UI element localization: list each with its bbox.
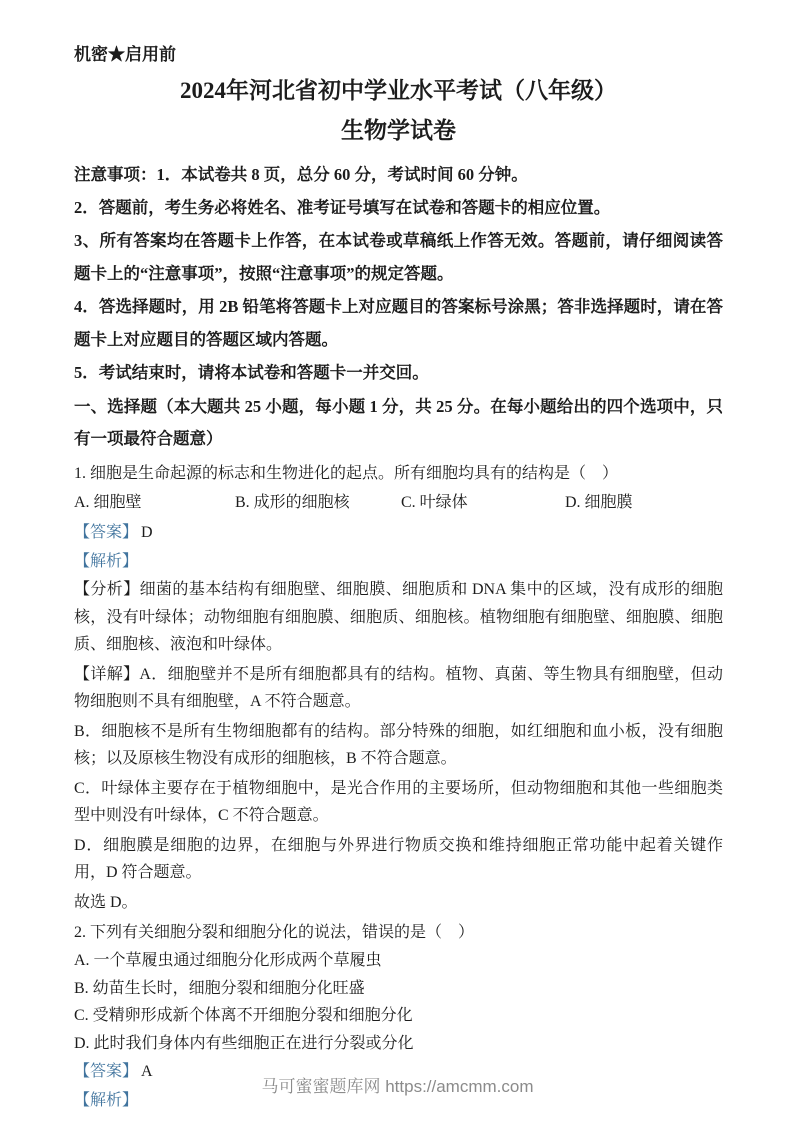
question-2-stem: 2. 下列有关细胞分裂和细胞分化的说法，错误的是（ ） bbox=[74, 918, 723, 947]
notice-item-4: 4．答选择题时，用 2B 铅笔将答题卡上对应题目的答案标号涂黑；答非选择题时，请… bbox=[74, 290, 723, 356]
analysis-paragraph: B．细胞核不是所有生物细胞都有的结构。部分特殊的细胞，如红细胞和血小板，没有细胞… bbox=[74, 718, 723, 773]
confidential-label: 机密★启用前 bbox=[74, 44, 723, 66]
question-1-options: A. 细胞壁 B. 成形的细胞核 C. 叶绿体 D. 细胞膜 bbox=[74, 488, 723, 518]
question-1-option-c: C. 叶绿体 bbox=[401, 488, 565, 518]
analysis-paragraph: 【详解】A．细胞壁并不是所有细胞都具有的结构。植物、真菌、等生物具有细胞壁，但动… bbox=[74, 661, 723, 716]
question-2-option-c: C. 受精卵形成新个体离不开细胞分裂和细胞分化 bbox=[74, 1002, 723, 1030]
question-2-option-a: A. 一个草履虫通过细胞分化形成两个草履虫 bbox=[74, 947, 723, 975]
question-1-answer-line: 【答案】D bbox=[74, 518, 723, 547]
answer-label: 【答案】 bbox=[74, 524, 138, 541]
document-page: 机密★启用前 2024年河北省初中学业水平考试（八年级） 生物学试卷 注意事项：… bbox=[0, 0, 795, 1115]
analysis-paragraph: 【分析】细菌的基本结构有细胞壁、细胞膜、细胞质和 DNA 集中的区域，没有成形的… bbox=[74, 576, 723, 659]
exam-subtitle: 生物学试卷 bbox=[74, 116, 723, 146]
question-1-analysis: 【分析】细菌的基本结构有细胞壁、细胞膜、细胞质和 DNA 集中的区域，没有成形的… bbox=[74, 576, 723, 916]
question-1-option-a: A. 细胞壁 bbox=[74, 488, 235, 518]
analysis-label: 【解析】 bbox=[74, 553, 138, 570]
question-1: 1. 细胞是生命起源的标志和生物进化的起点。所有细胞均具有的结构是（ ） A. … bbox=[74, 459, 723, 916]
question-2-options: A. 一个草履虫通过细胞分化形成两个草履虫 B. 幼苗生长时，细胞分裂和细胞分化… bbox=[74, 947, 723, 1057]
question-1-option-b: B. 成形的细胞核 bbox=[235, 488, 401, 518]
exam-title: 2024年河北省初中学业水平考试（八年级） bbox=[74, 76, 723, 106]
notice-item-1: 注意事项：1．本试卷共 8 页，总分 60 分，考试时间 60 分钟。 bbox=[74, 158, 723, 191]
analysis-paragraph: C．叶绿体主要存在于植物细胞中，是光合作用的主要场所，但动物细胞和其他一些细胞类… bbox=[74, 775, 723, 830]
analysis-paragraph: D．细胞膜是细胞的边界，在细胞与外界进行物质交换和维持细胞正常功能中起着关键作用… bbox=[74, 832, 723, 887]
exam-notices: 注意事项：1．本试卷共 8 页，总分 60 分，考试时间 60 分钟。 2．答题… bbox=[74, 158, 723, 389]
question-1-analysis-label-line: 【解析】 bbox=[74, 547, 723, 576]
question-1-option-d: D. 细胞膜 bbox=[565, 488, 723, 518]
question-2-option-b: B. 幼苗生长时，细胞分裂和细胞分化旺盛 bbox=[74, 975, 723, 1003]
analysis-conclusion: 故选 D。 bbox=[74, 889, 723, 917]
notice-item-2: 2．答题前，考生务必将姓名、准考证号填写在试卷和答题卡的相应位置。 bbox=[74, 191, 723, 224]
notice-item-5: 5．考试结束时，请将本试卷和答题卡一并交回。 bbox=[74, 356, 723, 389]
site-watermark: 马可蜜蜜题库网 https://amcmm.com bbox=[0, 1072, 795, 1097]
question-1-answer-value: D bbox=[141, 524, 153, 541]
notice-item-3: 3、所有答案均在答题卡上作答，在本试卷或草稿纸上作答无效。答题前，请仔细阅读答题… bbox=[74, 224, 723, 290]
section-header-choice-questions: 一、选择题（本大题共 25 小题，每小题 1 分，共 25 分。在每小题给出的四… bbox=[74, 391, 723, 455]
question-2-option-d: D. 此时我们身体内有些细胞正在进行分裂或分化 bbox=[74, 1030, 723, 1058]
question-1-stem: 1. 细胞是生命起源的标志和生物进化的起点。所有细胞均具有的结构是（ ） bbox=[74, 459, 723, 488]
